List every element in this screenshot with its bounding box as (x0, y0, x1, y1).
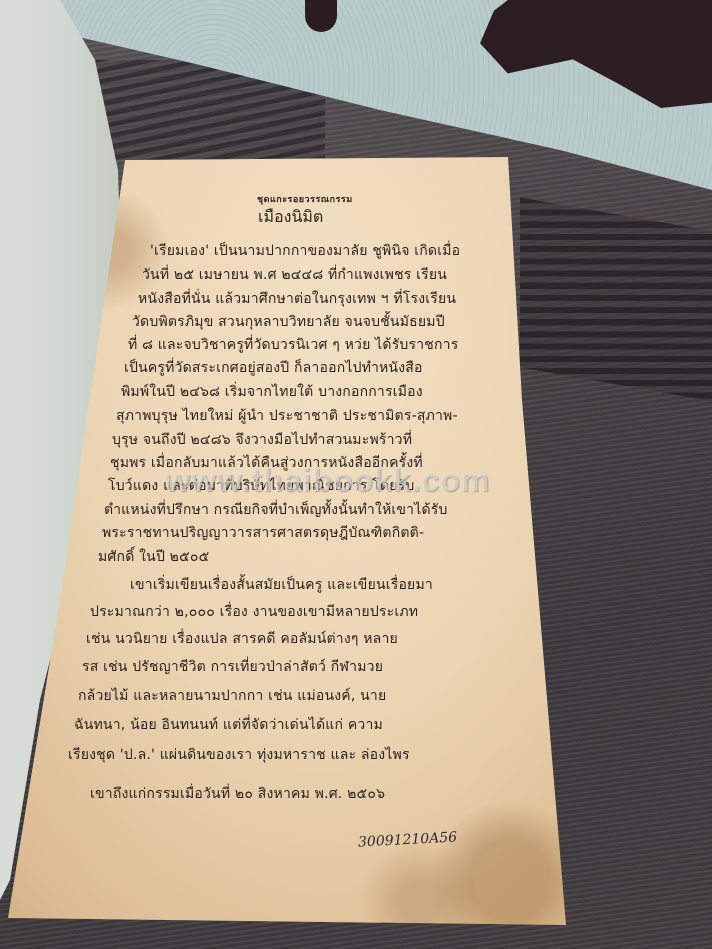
body-line: กล้วยไม้ และหลายนามปากกา เช่น แม่อนงค์, … (78, 685, 386, 707)
body-line: พระราชทานปริญญาวารสารศาสตรดุษฎีบัณฑิตกิต… (102, 522, 424, 544)
wood-dark-grain-right (520, 197, 712, 402)
body-line: เขาเริ่มเขียนเรื่องสั้นสมัยเป็นครู และเข… (130, 574, 433, 596)
body-line: ฉันทนา, น้อย อินทนนท์ แต่ที่จัดว่าเด่นได… (74, 714, 383, 736)
body-line: เช่น นวนิยาย เรื่องแปล สารคดี คอลัมน์ต่า… (86, 628, 398, 650)
body-line: บุรุษ จนถึงปี ๒๔๘๖ จึงวางมือไปทำสวนมะพร้… (112, 429, 412, 451)
body-line: ตำแหน่งที่ปรึกษา กรณียกิจที่บำเพ็ญทั้งนั… (104, 499, 448, 521)
body-line: หนังสือที่นั่น แล้วมาศึกษาต่อในกรุงเทพ ฯ… (138, 288, 456, 310)
board-paint-mark-small (305, 0, 337, 32)
body-line: 'เรียมเอง' เป็นนามปากกาของมาลัย ชูพินิจ … (150, 240, 460, 262)
watermark: www.thaibookk.com (165, 462, 490, 499)
body-line: เรียงชุด 'ป.ล.' แผ่นดินของเรา ทุ่งมหาราช… (68, 744, 410, 766)
series-header: ชุดแกะรอยวรรณกรรม (257, 192, 353, 206)
body-line: มศักดิ์ ในปี ๒๕๐๕ (98, 546, 209, 568)
body-line: วัดบพิตรภิมุข สวนกุหลาบวิทยาลัย จนจบชั้น… (132, 311, 445, 333)
body-line: เป็นครูที่วัดสระเกศอยู่สองปี ก็ลาออกไปทำ… (124, 357, 423, 379)
body-line: ที่ ๘ และจบวิชาครูที่วัดบวรนิเวศ ๆ หว่ย … (128, 334, 458, 356)
page-title: เมืองนิมิต (258, 205, 323, 230)
body-line: พิมพ์ในปี ๒๔๖๘ เริ่มจากไทยใต้ บางกอกการเ… (121, 381, 423, 403)
body-line: เขาถึงแก่กรรมเมื่อวันที่ ๒๐ สิงหาคม พ.ศ.… (90, 783, 385, 805)
body-line: ประมาณกว่า ๒,๐๐๐ เรื่อง งานของเขามีหลายป… (90, 601, 418, 623)
body-line: สุภาพบุรุษ ไทยใหม่ ผู้นำ ประชาชาติ ประชา… (116, 405, 458, 427)
body-line: วันที่ ๒๕ เมษายน พ.ศ ๒๔๔๘ ที่กำแพงเพชร เ… (142, 264, 447, 286)
body-line: รส เช่น ปรัชญาชีวิต การเที่ยวป่าล่าสัตว์… (82, 656, 383, 678)
